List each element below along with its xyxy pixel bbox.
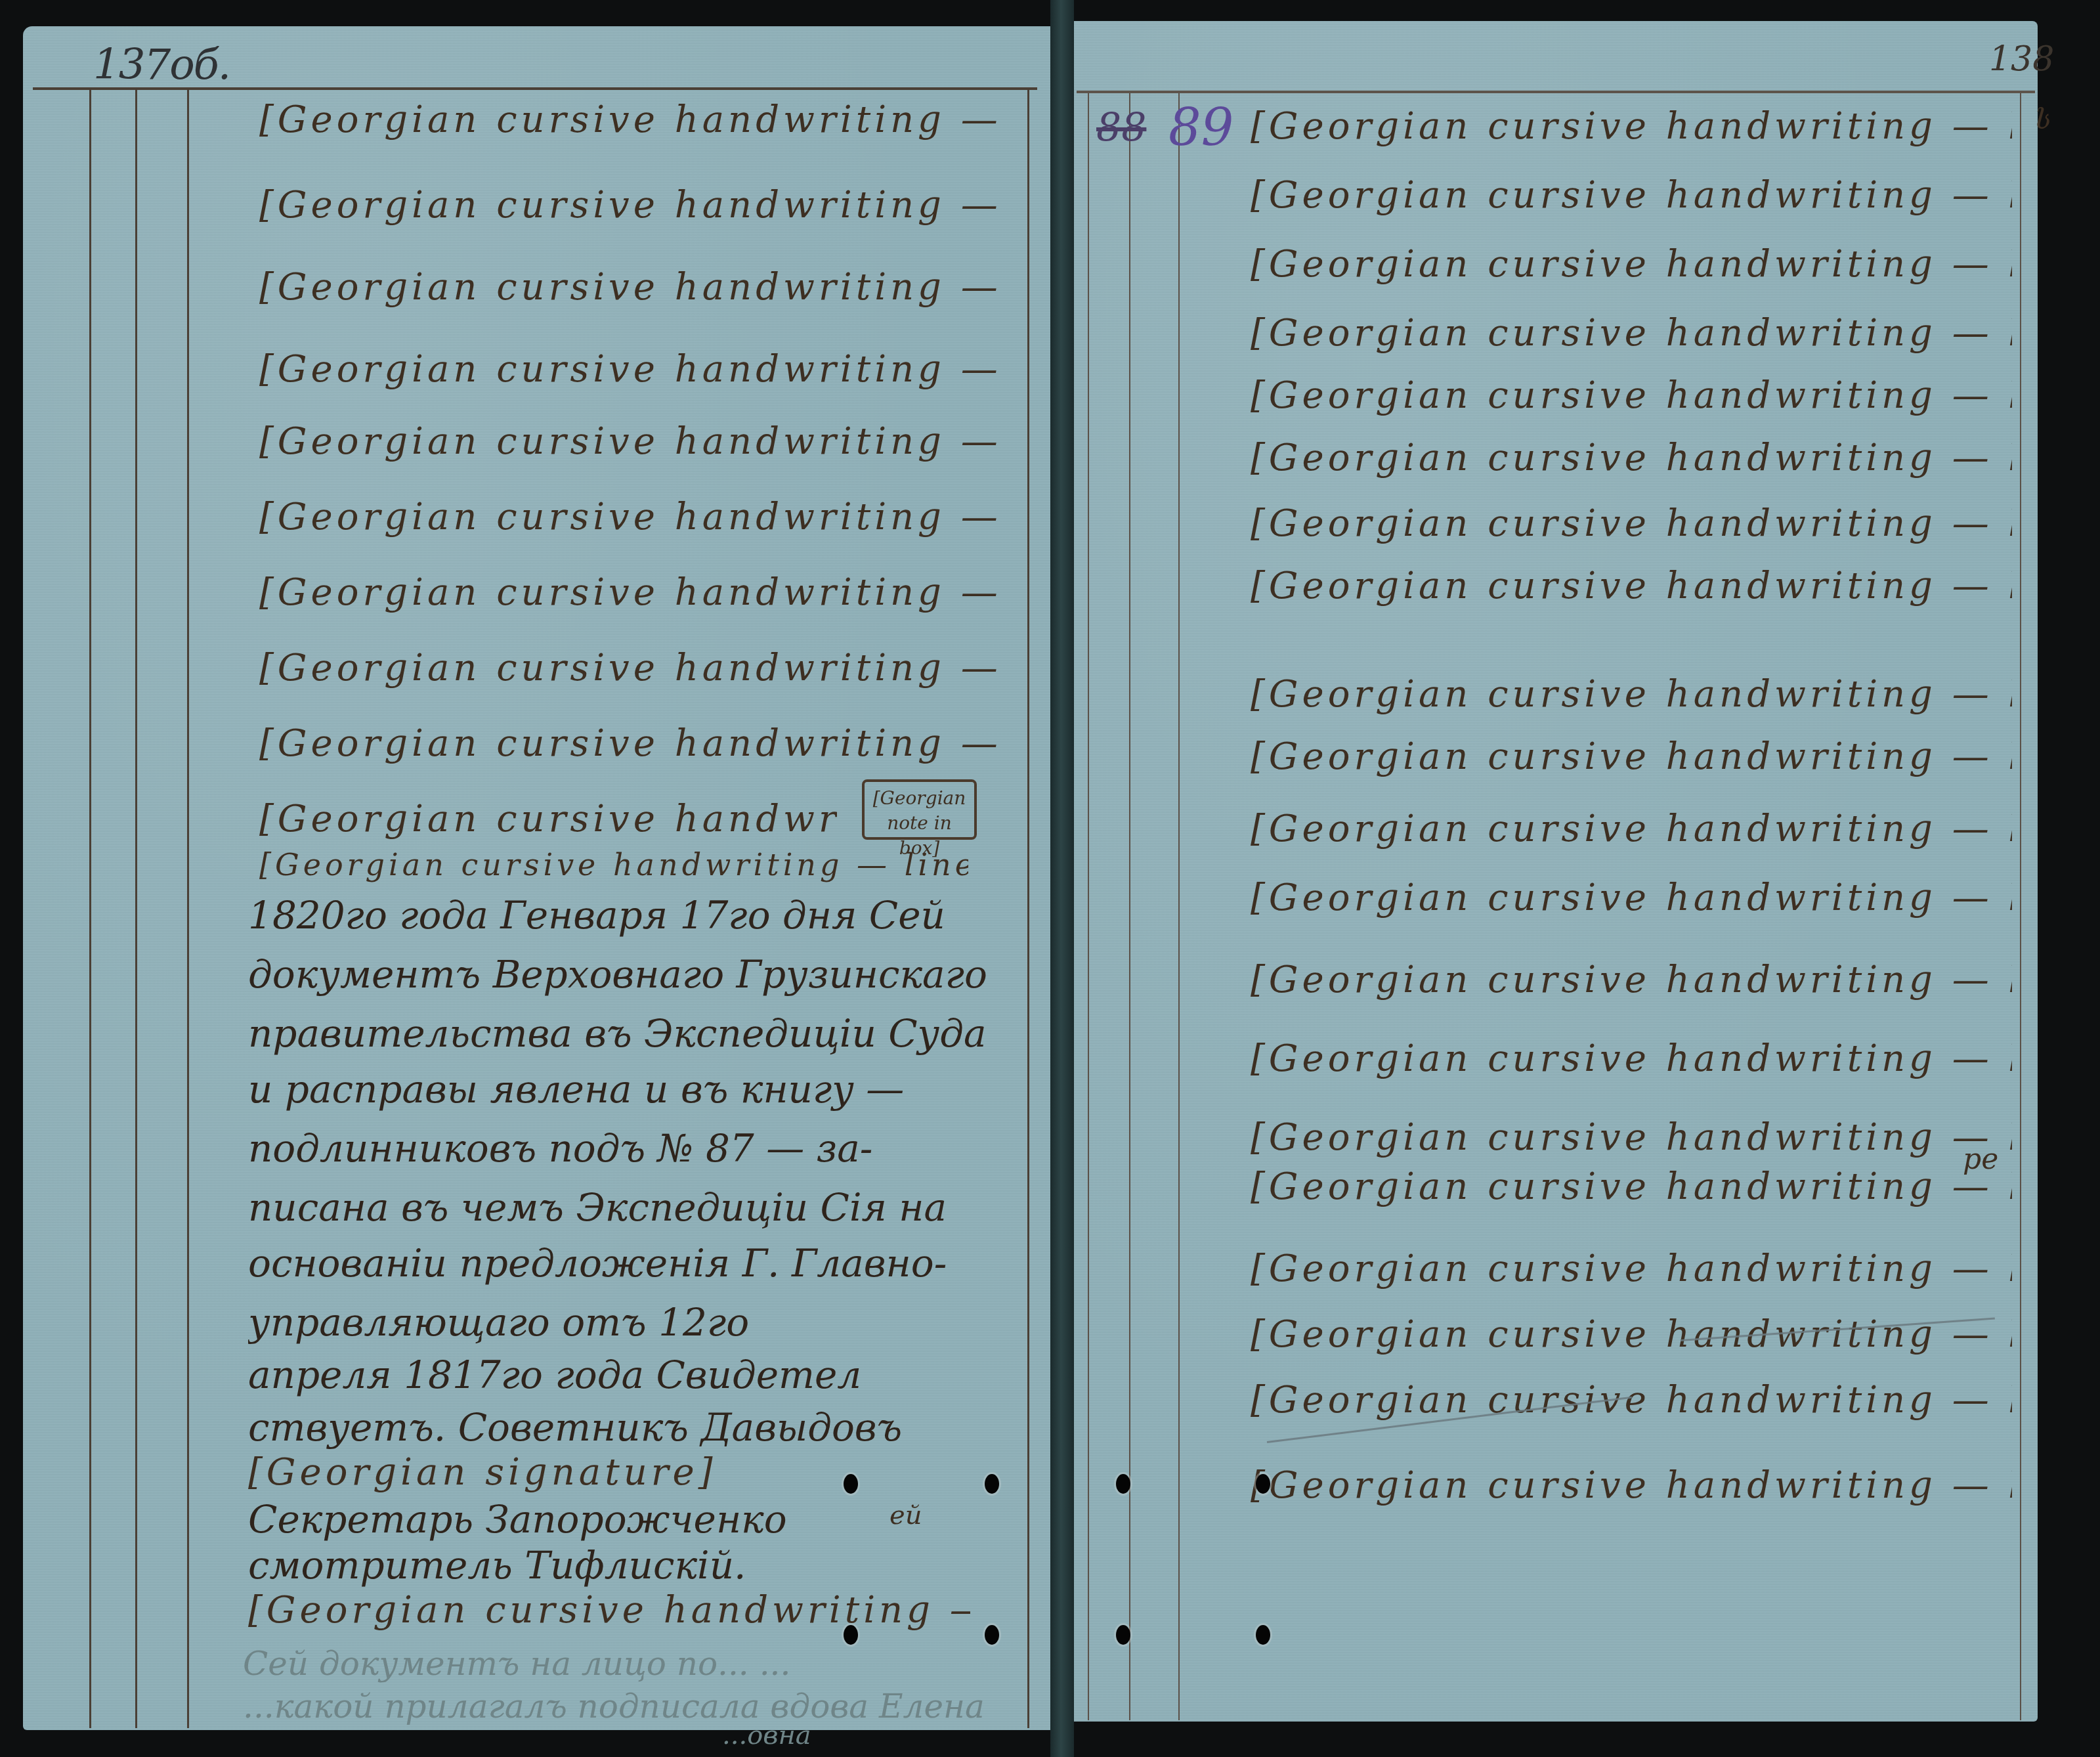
right-georgian-line: [Georgian cursive handwriting — line 3] — [1251, 243, 2012, 286]
russian-attestation-line: управляющаго отъ 12го — [248, 1300, 1023, 1345]
russian-attestation-line: писана въ чемъ Экспедиціи Сія на — [248, 1185, 1023, 1230]
right-georgian-line: [Georgian cursive handwriting — line 14] — [1251, 1037, 2012, 1080]
right-margin-rule-1 — [1088, 93, 1089, 1720]
right-georgian-line: [Georgian cursive handwriting — line 18] — [1251, 1313, 2012, 1356]
book-gutter — [1050, 0, 1074, 1757]
right-georgian-line: [Georgian cursive handwriting — line 2] — [1251, 174, 2012, 217]
right-georgian-line: [Georgian cursive handwriting — line 11] — [1251, 808, 2012, 850]
clerk-signature-line: смотритель Тифлискій. — [248, 1543, 905, 1588]
left-georgian-closing-line: [Georgian cursive handwriting — closing … — [248, 1589, 970, 1632]
left-georgian-line: [Georgian cursive handwriting — line 11] — [259, 847, 968, 882]
binding-hole — [1116, 1474, 1130, 1494]
right-header-rule — [1077, 91, 2035, 93]
binding-hole — [985, 1625, 999, 1645]
left-georgian-line: [Georgian cursive handwriting — line 10] — [259, 798, 837, 840]
binding-hole — [844, 1474, 858, 1494]
right-georgian-line: [Georgian cursive handwriting — line 5] — [1251, 374, 2012, 417]
right-georgian-line: [Georgian cursive handwriting — line 17] — [1251, 1247, 2012, 1290]
binding-hole — [985, 1474, 999, 1494]
right-georgian-line: [Georgian cursive handwriting — line 13] — [1251, 959, 2012, 1001]
russian-attestation-line: 1820го года Генваря 17го дня Сей — [248, 893, 1023, 938]
right-georgian-line: [Georgian cursive handwriting — line 6] — [1251, 437, 2012, 479]
right-margin-mark: ს — [2035, 105, 2051, 135]
right-georgian-line: [Georgian cursive handwriting — line 8] — [1251, 565, 2012, 607]
left-georgian-line: [Georgian cursive handwriting — line 7] — [259, 571, 1001, 614]
russian-attestation-line: документъ Верховнаго Грузинскаго — [248, 952, 1023, 997]
left-georgian-line: [Georgian cursive handwriting — line 3] — [259, 266, 1001, 309]
left-georgian-line: [Georgian cursive handwriting — line 8] — [259, 647, 1001, 689]
russian-attestation-line: и расправы явлена и въ книгу — — [248, 1067, 1023, 1112]
binding-hole — [1256, 1474, 1270, 1494]
russian-attestation-line: основаніи предложенія Г. Главно- — [248, 1241, 1023, 1286]
right-georgian-line: [Georgian cursive handwriting — line 4] — [1251, 312, 2012, 355]
secretary-signature-line: Секретарь Запорожченко — [248, 1497, 839, 1542]
left-georgian-line: [Georgian cursive handwriting — line 5] — [259, 420, 1001, 463]
russian-attestation-line: правительства въ Экспедиціи Суда — [248, 1011, 1023, 1056]
georgian-signature: [Georgian signature] — [248, 1451, 970, 1494]
left-margin-rule-1 — [89, 90, 91, 1728]
left-text-right-rule — [1027, 90, 1029, 1728]
left-margin-rule-2 — [135, 90, 137, 1728]
right-georgian-line: [Georgian cursive handwriting — line 7] — [1251, 502, 2012, 545]
binding-hole — [1256, 1625, 1270, 1645]
right-georgian-line: [Georgian cursive handwriting — line 12] — [1251, 877, 2012, 919]
manuscript-spread: 137об. [Georgian cursive handwriting — l… — [0, 0, 2100, 1757]
left-georgian-line: [Georgian cursive handwriting — line 9] — [259, 722, 1001, 765]
russian-attestation-line: апреля 1817го года Свидетел — [248, 1353, 1023, 1397]
left-georgian-line: [Georgian cursive handwriting — line 2] — [259, 184, 1001, 227]
left-georgian-line: [Georgian cursive handwriting — line 1] — [259, 98, 1001, 141]
boxed-annotation: [Georgian note in box] — [862, 779, 977, 840]
right-margin-rule-2 — [1129, 93, 1130, 1720]
russian-attestation-line: подлинниковъ подъ № 87 — за- — [248, 1126, 1023, 1171]
binding-hole — [844, 1625, 858, 1645]
entry-number: 89 — [1168, 98, 1233, 158]
binding-hole — [1116, 1625, 1130, 1645]
left-header-rule — [33, 87, 1037, 90]
left-margin-mark: ей — [889, 1500, 922, 1530]
right-georgian-line: [Georgian cursive handwriting — line 10] — [1251, 735, 2012, 778]
interlinear-correction: ре — [1963, 1142, 1998, 1176]
left-margin-rule-3 — [187, 90, 189, 1728]
russian-attestation-line: ствуетъ. Советникъ Давыдовъ — [248, 1405, 1023, 1450]
right-georgian-line: [Georgian cursive handwriting — line 15] — [1251, 1116, 2012, 1159]
right-georgian-line: [Georgian cursive handwriting — line 9] — [1251, 673, 2012, 716]
right-margin-rule-3 — [1178, 93, 1180, 1720]
right-georgian-line: [Georgian cursive handwriting — line 1] — [1251, 105, 2012, 148]
struck-entry-number: 88 — [1096, 105, 1146, 151]
right-georgian-line: [Georgian cursive handwriting — line 16] — [1251, 1165, 2012, 1208]
left-georgian-line: [Georgian cursive handwriting — line 4] — [259, 348, 1001, 391]
faint-pencil-note-line: ...овна — [722, 1720, 985, 1750]
right-folio-number: 138 — [1989, 39, 2054, 79]
left-folio-number: 137об. — [93, 41, 230, 89]
left-georgian-line: [Georgian cursive handwriting — line 6] — [259, 496, 1001, 538]
right-georgian-line: [Georgian cursive handwriting — line 20] — [1251, 1464, 2012, 1507]
right-text-right-rule — [2020, 93, 2021, 1720]
faint-pencil-note-line: Сей документъ на лицо по... ... — [243, 1645, 998, 1683]
right-georgian-line: [Georgian cursive handwriting — line 19] — [1251, 1379, 2012, 1421]
